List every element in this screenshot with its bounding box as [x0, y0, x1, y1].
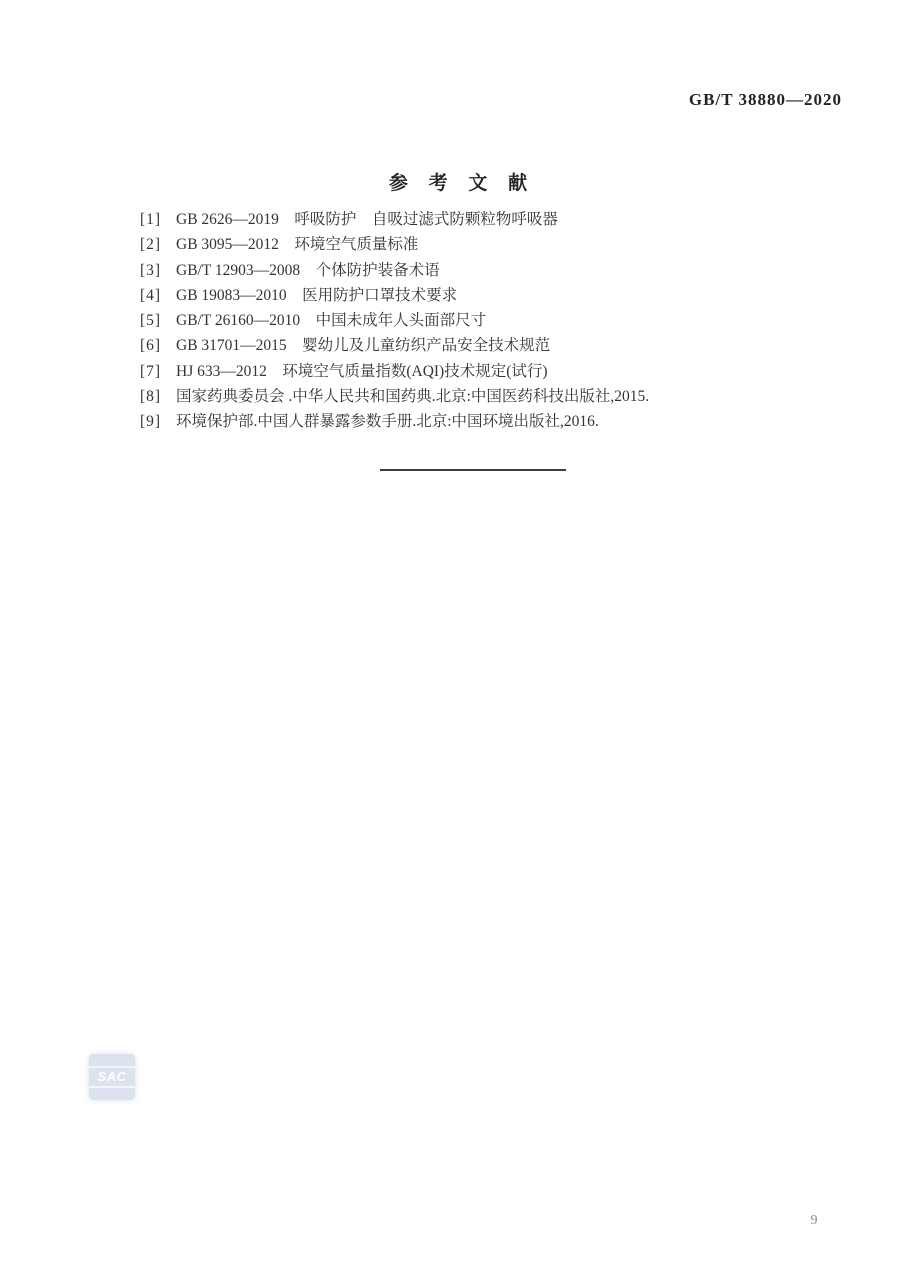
reference-item: [9] 环境保护部.中国人群暴露参数手册.北京:中国环境出版社,2016.: [140, 409, 820, 434]
reference-number: [2]: [140, 232, 176, 257]
reference-text: GB 2626—2019 呼吸防护 自吸过滤式防颗粒物呼吸器: [176, 207, 820, 232]
reference-number: [6]: [140, 333, 176, 358]
sac-logo-text: SAC: [89, 1066, 135, 1088]
reference-item: [7] HJ 633—2012 环境空气质量指数(AQI)技术规定(试行): [140, 359, 820, 384]
reference-item: [5] GB/T 26160—2010 中国未成年人头面部尺寸: [140, 308, 820, 333]
reference-number: [9]: [140, 409, 176, 434]
page-number: 9: [804, 1213, 824, 1229]
reference-text: GB/T 12903—2008 个体防护装备术语: [176, 258, 820, 283]
document-page: GB/T 38880—2020 参 考 文 献 [1] GB 2626—2019…: [0, 0, 918, 1284]
reference-item: [4] GB 19083—2010 医用防护口罩技术要求: [140, 283, 820, 308]
reference-text: 国家药典委员会 .中华人民共和国药典.北京:中国医药科技出版社,2015.: [176, 384, 820, 409]
reference-number: [4]: [140, 283, 176, 308]
reference-item: [8] 国家药典委员会 .中华人民共和国药典.北京:中国医药科技出版社,2015…: [140, 384, 820, 409]
reference-number: [1]: [140, 207, 176, 232]
reference-text: GB 31701—2015 婴幼儿及儿童纺织产品安全技术规范: [176, 333, 820, 358]
reference-item: [3] GB/T 12903—2008 个体防护装备术语: [140, 258, 820, 283]
reference-number: [7]: [140, 359, 176, 384]
reference-list: [1] GB 2626—2019 呼吸防护 自吸过滤式防颗粒物呼吸器 [2] G…: [140, 207, 820, 435]
reference-number: [5]: [140, 308, 176, 333]
reference-text: HJ 633—2012 环境空气质量指数(AQI)技术规定(试行): [176, 359, 820, 384]
reference-text: GB/T 26160—2010 中国未成年人头面部尺寸: [176, 308, 820, 333]
page-title: 参 考 文 献: [0, 168, 918, 195]
reference-item: [2] GB 3095—2012 环境空气质量标准: [140, 232, 820, 257]
reference-text: GB 3095—2012 环境空气质量标准: [176, 232, 820, 257]
end-of-document-rule: [380, 469, 566, 471]
reference-item: [1] GB 2626—2019 呼吸防护 自吸过滤式防颗粒物呼吸器: [140, 207, 820, 232]
reference-text: GB 19083—2010 医用防护口罩技术要求: [176, 283, 820, 308]
reference-text: 环境保护部.中国人群暴露参数手册.北京:中国环境出版社,2016.: [176, 409, 820, 434]
standard-number-header: GB/T 38880—2020: [689, 90, 842, 110]
sac-watermark-logo-icon: SAC: [89, 1054, 135, 1100]
reference-number: [8]: [140, 384, 176, 409]
reference-number: [3]: [140, 258, 176, 283]
reference-item: [6] GB 31701—2015 婴幼儿及儿童纺织产品安全技术规范: [140, 333, 820, 358]
